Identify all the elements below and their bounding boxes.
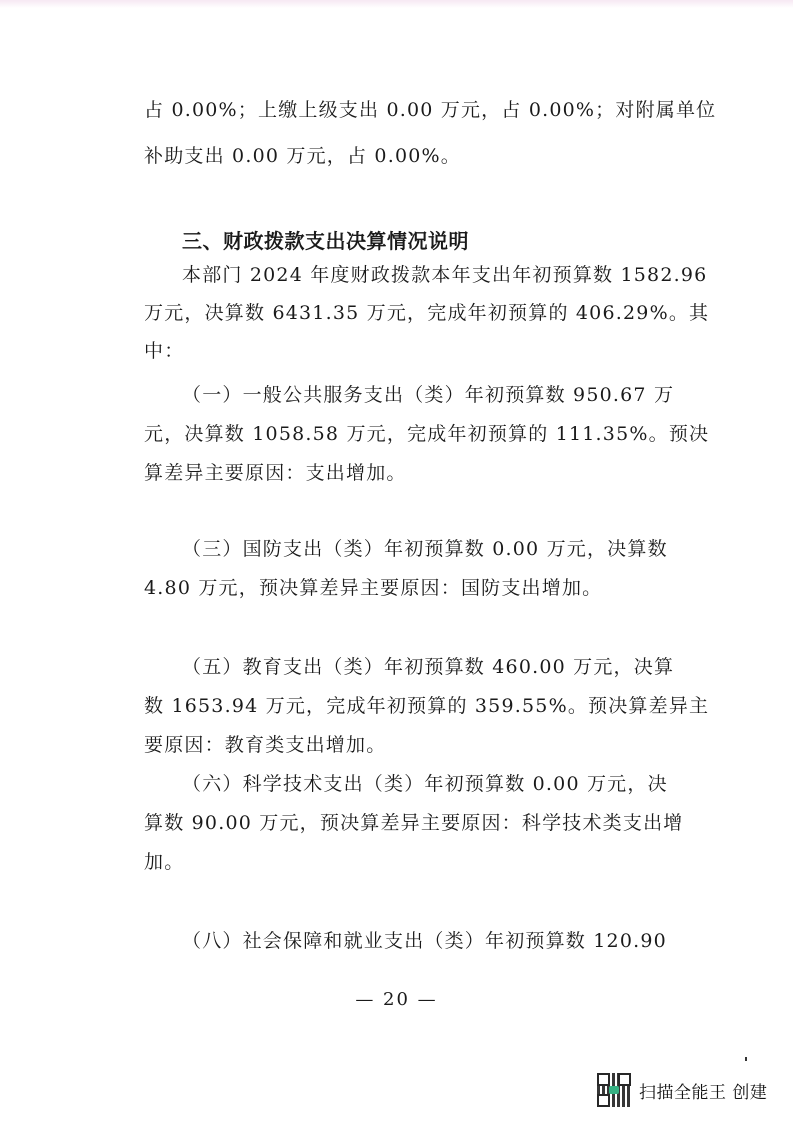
scanner-watermark: 扫描全能王 创建 xyxy=(597,1073,767,1107)
text-line: 补助支出 0.00 万元，占 0.00%。 xyxy=(144,144,461,168)
text-line: （一）一般公共服务支出（类）年初预算数 950.67 万 xyxy=(182,383,674,407)
text-line: 算数 90.00 万元，预决算差异主要原因：科学技术类支出增 xyxy=(144,811,683,835)
qr-code-icon xyxy=(597,1073,631,1107)
text-line: 中： xyxy=(144,339,184,363)
scan-speck xyxy=(745,1057,747,1061)
scan-edge-artifact xyxy=(0,0,793,8)
text-line: 加。 xyxy=(144,850,184,874)
text-line: （六）科学技术支出（类）年初预算数 0.00 万元，决 xyxy=(182,772,668,796)
page-number: — 20 — xyxy=(0,989,793,1010)
text-line: （八）社会保障和就业支出（类）年初预算数 120.90 xyxy=(182,929,667,953)
text-line: 数 1653.94 万元，完成年初预算的 359.55%。预决算差异主 xyxy=(144,694,709,718)
text-line: 占 0.00%；上缴上级支出 0.00 万元，占 0.00%；对附属单位 xyxy=(144,98,716,122)
text-line: 要原因：教育类支出增加。 xyxy=(144,733,386,757)
text-line: 4.80 万元，预决算差异主要原因：国防支出增加。 xyxy=(144,576,602,600)
watermark-text: 扫描全能王 创建 xyxy=(639,1078,767,1103)
text-line: （三）国防支出（类）年初预算数 0.00 万元，决算数 xyxy=(182,537,668,561)
section-heading: 三、财政拨款支出决算情况说明 xyxy=(182,229,469,253)
text-line: 万元，决算数 6431.35 万元，完成年初预算的 406.29%。其 xyxy=(144,301,709,325)
text-line: 元，决算数 1058.58 万元，完成年初预算的 111.35%。预决 xyxy=(144,422,709,446)
text-line: （五）教育支出（类）年初预算数 460.00 万元，决算 xyxy=(182,655,674,679)
text-line: 本部门 2024 年度财政拨款本年支出年初预算数 1582.96 xyxy=(182,263,707,287)
text-line: 算差异主要原因：支出增加。 xyxy=(144,461,407,485)
